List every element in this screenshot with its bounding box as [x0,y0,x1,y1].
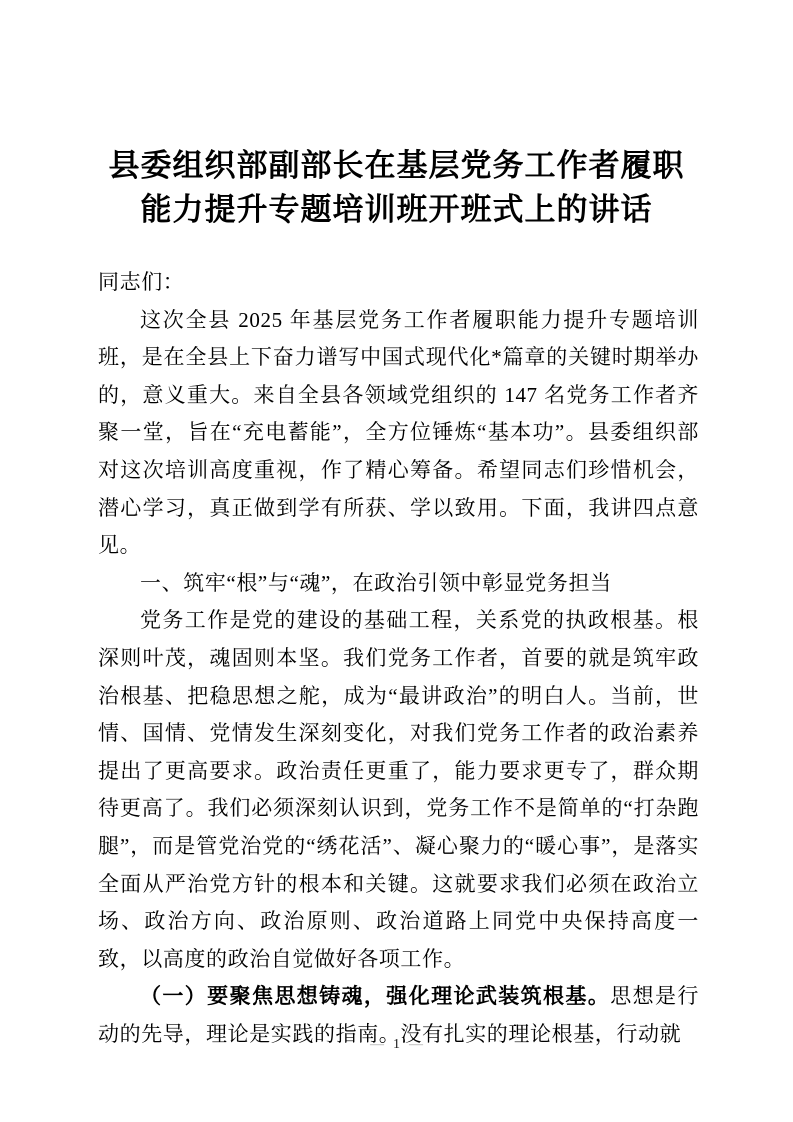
title-line-2: 能力提升专题培训班开班式上的讲话 [50,188,743,232]
footer-dash-left: — [361,1037,393,1052]
intro-paragraph: 这次全县 2025 年基层党务工作者履职能力提升专题培训班，是在全县上下奋力谱写… [98,302,699,565]
document-body: 同志们： 这次全县 2025 年基层党务工作者履职能力提升专题培训班，是在全县上… [98,264,699,1053]
title-line-1: 县委组织部副部长在基层党务工作者履职 [50,144,743,188]
section-1-paragraph: 党务工作是党的建设的基础工程，关系党的执政根基。根深则叶茂，魂固则本坚。我们党务… [98,602,699,978]
section-1-heading: 一、筑牢“根”与“魂”，在政治引领中彰显党务担当 [98,565,699,603]
salutation: 同志们： [98,264,699,302]
page-footer: —1— [0,1034,793,1056]
footer-dash-right: — [400,1037,432,1052]
page-number: 1 [393,1037,400,1052]
document-page: 县委组织部副部长在基层党务工作者履职 能力提升专题培训班开班式上的讲话 同志们：… [0,0,793,1122]
document-title: 县委组织部副部长在基层党务工作者履职 能力提升专题培训班开班式上的讲话 [50,144,743,232]
subsection-1-bold-lead: （一）要聚焦思想铸魂，强化理论武装筑根基。 [140,984,610,1008]
